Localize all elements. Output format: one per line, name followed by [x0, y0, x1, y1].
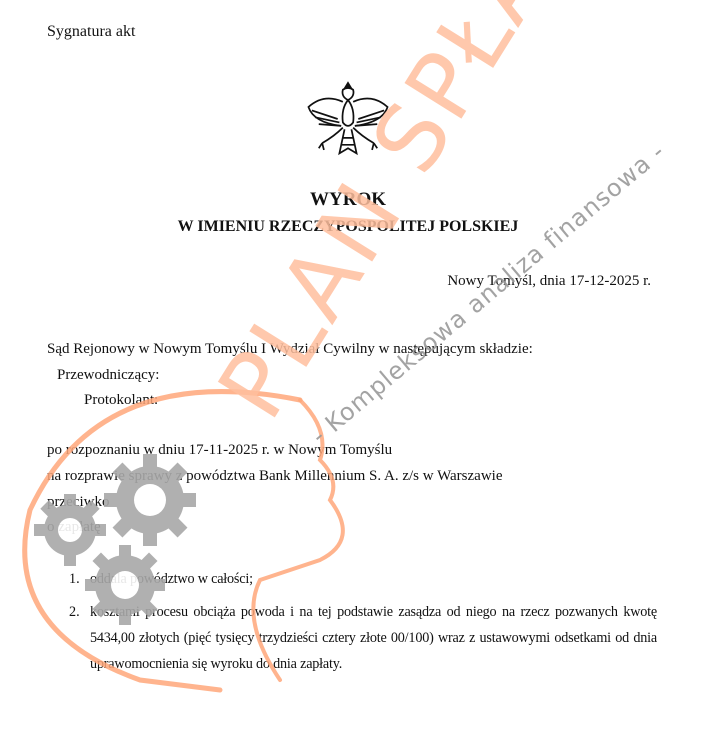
ruling-number: 1.	[69, 566, 80, 592]
court-composition-line: Sąd Rejonowy w Nowym Tomyślu I Wydział C…	[47, 341, 533, 358]
place-and-date: Nowy Tomyśl, dnia 17-12-2025 r.	[447, 273, 651, 290]
polish-eagle-emblem-icon	[305, 76, 391, 162]
ruling-text: oddala powództwo w całości;	[90, 566, 657, 592]
ruling-item: 2. kosztami procesu obciąża powoda i na …	[47, 599, 657, 677]
case-signature-label: Sygnatura akt	[47, 23, 135, 41]
hearing-date-line: po rozpoznaniu w dniu 17-11-2025 r. w No…	[47, 442, 392, 459]
watermark-tagline-text: - Kompleksowa analiza finansowa -	[306, 137, 671, 449]
rulings-list: 1. oddala powództwo w całości; 2. koszta…	[47, 566, 657, 677]
plaintiff-line: na rozprawie sprawy z powództwa Bank Mil…	[47, 468, 503, 485]
ruling-item: 1. oddala powództwo w całości;	[47, 566, 657, 592]
clerk-label: Protokolant:	[84, 392, 158, 409]
ruling-number: 2.	[69, 599, 80, 625]
subject-line: o zapłatę	[47, 519, 101, 536]
document-title: WYROK	[0, 189, 696, 211]
against-line: przeciwko	[47, 494, 109, 511]
ruling-text: kosztami procesu obciąża powoda i na tej…	[90, 599, 657, 677]
presiding-judge-label: Przewodniczący:	[57, 367, 159, 384]
document-subtitle: W IMIENIU RZECZYPOSPOLITEJ POLSKIEJ	[0, 218, 696, 236]
